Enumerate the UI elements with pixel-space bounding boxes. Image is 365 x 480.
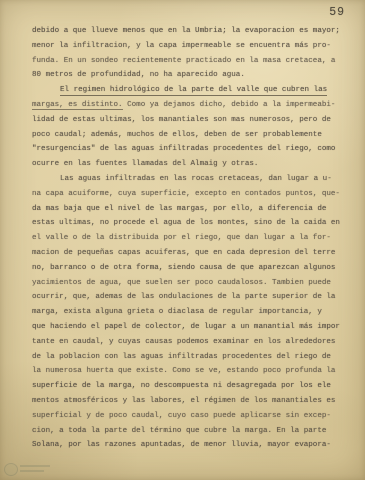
text-segment: "resurgencias" de las aguas infiltradas … <box>32 145 335 153</box>
stamp-text-line <box>20 470 44 472</box>
text-line: estas ultimas, no procede el agua de los… <box>32 216 347 231</box>
text-segment: poco caudal; además, muchos de ellos, de… <box>32 131 322 139</box>
page-number: 59 <box>329 6 345 19</box>
text-line: El regimen hidrológico de la parte del v… <box>32 83 347 98</box>
text-segment: cion, a toda la parte del término que cu… <box>32 427 326 435</box>
text-line: tante en caudal, y cuyas causas podemos … <box>32 335 347 350</box>
text-segment: Las aguas infiltradas en las rocas creta… <box>60 175 332 183</box>
underlined-text: margas, es distinto. <box>32 101 123 111</box>
text-segment: Solana, por las razones apuntadas, de me… <box>32 441 331 449</box>
text-segment: mentos atmosféricos y las labores, el ré… <box>32 397 335 405</box>
text-line: margas, es distinto. Como ya dejamos dic… <box>32 98 347 113</box>
stamp-text-line <box>20 465 50 467</box>
text-segment: superficie de la marga, no descompuesta … <box>32 382 331 390</box>
text-line: 80 metros de profundidad, no ha aparecid… <box>32 68 347 83</box>
text-line: menor la infiltracion, y la capa imperme… <box>32 39 347 54</box>
text-segment: superficial y de poco caudal, cuyo caso … <box>32 412 331 420</box>
text-line: ocurrir, que, ademas de las ondulaciones… <box>32 290 347 305</box>
text-line: lidad de estas ultimas, los manantiales … <box>32 113 347 128</box>
text-line: superficial y de poco caudal, cuyo caso … <box>32 409 347 424</box>
text-line: Las aguas infiltradas en las rocas creta… <box>32 172 347 187</box>
text-segment: marga, exista alguna grieta o diaclasa d… <box>32 308 322 316</box>
text-segment: no, barranco o de otra forma, siendo cau… <box>32 264 335 272</box>
stamp-ring-icon <box>4 463 18 476</box>
text-line: que haciendo el papel de colector, de lu… <box>32 320 347 335</box>
text-line: yacimientos de agua, que suelen ser poco… <box>32 276 347 291</box>
text-segment: ocurrir, que, ademas de las ondulaciones… <box>32 293 335 301</box>
text-segment: estas ultimas, no procede el agua de los… <box>32 219 340 227</box>
text-segment: debido a que llueve menos que en la Umbr… <box>32 27 340 35</box>
text-line: debido a que llueve menos que en la Umbr… <box>32 24 347 39</box>
text-line: mentos atmosféricos y las labores, el ré… <box>32 394 347 409</box>
text-line: Solana, por las razones apuntadas, de me… <box>32 438 347 453</box>
text-line: marga, exista alguna grieta o diaclasa d… <box>32 305 347 320</box>
text-segment: na capa acuiforme, cuya superficie, exce… <box>32 190 340 198</box>
text-segment: yacimientos de agua, que suelen ser poco… <box>32 279 331 287</box>
text-line: na capa acuiforme, cuya superficie, exce… <box>32 187 347 202</box>
text-segment: tante en caudal, y cuyas causas podemos … <box>32 338 335 346</box>
text-segment: Como ya dejamos dicho, debido a la imper… <box>123 101 336 109</box>
text-line: la numerosa huerta que existe. Como se v… <box>32 364 347 379</box>
text-line: funda. En un sondeo recientemente practi… <box>32 54 347 69</box>
text-line: superficie de la marga, no descompuesta … <box>32 379 347 394</box>
text-line: poco caudal; además, muchos de ellos, de… <box>32 128 347 143</box>
scanned-document-page: 59 debido a que llueve menos que en la U… <box>0 0 365 480</box>
text-segment: de la poblacion con las aguas infiltrada… <box>32 353 331 361</box>
text-segment: da mas baja que el nivel de las margas, … <box>32 205 326 213</box>
text-line: de la poblacion con las aguas infiltrada… <box>32 350 347 365</box>
text-segment: la numerosa huerta que existe. Como se v… <box>32 367 335 375</box>
text-segment: menor la infiltracion, y la capa imperme… <box>32 42 331 50</box>
text-line: ocurre en las fuentes llamadas del Almai… <box>32 157 347 172</box>
text-segment: que haciendo el papel de colector, de lu… <box>32 323 340 331</box>
library-stamp-watermark <box>2 461 54 477</box>
typewritten-text-block: debido a que llueve menos que en la Umbr… <box>32 24 347 453</box>
text-line: el valle o de la distribuida por el rieg… <box>32 231 347 246</box>
text-line: "resurgencias" de las aguas infiltradas … <box>32 142 347 157</box>
text-segment: ocurre en las fuentes llamadas del Almai… <box>32 160 258 168</box>
text-segment: 80 metros de profundidad, no ha aparecid… <box>32 71 245 79</box>
text-segment: funda. En un sondeo recientemente practi… <box>32 57 335 65</box>
text-segment: macion de pequeñas capas acuiferas, que … <box>32 249 335 257</box>
text-segment: el valle o de la distribuida por el rieg… <box>32 234 331 242</box>
text-line: no, barranco o de otra forma, siendo cau… <box>32 261 347 276</box>
text-line: da mas baja que el nivel de las margas, … <box>32 202 347 217</box>
underlined-text: El regimen hidrológico de la parte del v… <box>60 86 327 96</box>
text-line: cion, a toda la parte del término que cu… <box>32 424 347 439</box>
text-segment: lidad de estas ultimas, los manantiales … <box>32 116 331 124</box>
text-line: macion de pequeñas capas acuiferas, que … <box>32 246 347 261</box>
